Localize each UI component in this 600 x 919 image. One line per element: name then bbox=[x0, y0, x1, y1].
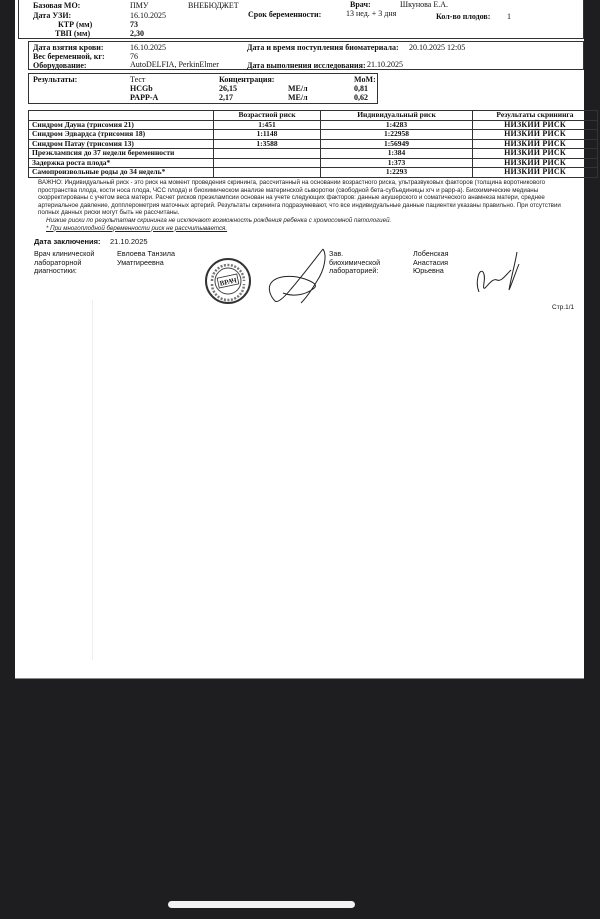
tvp-label: ТВП (мм) bbox=[55, 29, 90, 38]
risk-header-individual: Индивидуальный риск bbox=[321, 111, 473, 121]
test-unit: МЕ/л bbox=[288, 84, 308, 93]
test-name: HCGb bbox=[130, 84, 153, 93]
us-date-value: 16.10.2025 bbox=[130, 11, 166, 20]
home-indicator[interactable] bbox=[168, 901, 355, 908]
results-col-conc: Концентрация: bbox=[219, 75, 274, 84]
risk-table-header: Возрастной риск Индивидуальный риск Резу… bbox=[29, 111, 598, 121]
gestation-label: Срок беременности: bbox=[248, 10, 321, 19]
risk-name: Задержка роста плода* bbox=[29, 158, 214, 168]
risk-result: НИЗКИЙ РИСК bbox=[473, 139, 598, 149]
equipment-value: AutoDELFIA, PerkinElmer bbox=[130, 60, 219, 69]
test-conc: 2,17 bbox=[219, 93, 233, 102]
risk-individual: 1:373 bbox=[321, 158, 473, 168]
risk-result: НИЗКИЙ РИСК bbox=[473, 158, 598, 168]
results-col-test: Тест bbox=[130, 75, 145, 84]
risk-header-age: Возрастной риск bbox=[214, 111, 321, 121]
done-date-value: 21.10.2025 bbox=[367, 60, 403, 69]
important-note: ВАЖНО: Индивидуальный риск - это риск на… bbox=[38, 179, 583, 232]
head-signature-icon bbox=[471, 250, 523, 298]
results-box bbox=[28, 73, 378, 104]
table-row: Задержка роста плода* 1:373 НИЗКИЙ РИСК bbox=[29, 158, 598, 168]
risk-result: НИЗКИЙ РИСК bbox=[473, 120, 598, 130]
risk-result: НИЗКИЙ РИСК bbox=[473, 130, 598, 140]
risk-age: 1:451 bbox=[214, 120, 321, 130]
tvp-value: 2,30 bbox=[130, 29, 144, 38]
risk-individual: 1:384 bbox=[321, 149, 473, 159]
doctor-signature-icon bbox=[253, 245, 333, 307]
risk-name: Преэклампсия до 37 недели беременности bbox=[29, 149, 214, 159]
risk-name: Синдром Эдвардса (трисомия 18) bbox=[29, 130, 214, 140]
risk-individual: 1:4283 bbox=[321, 120, 473, 130]
ktr-label: КТР (мм) bbox=[58, 20, 92, 29]
table-row: Преэклампсия до 37 недели беременности 1… bbox=[29, 149, 598, 159]
doctor-stamp-icon: ВРАЧ bbox=[203, 256, 253, 306]
risk-age bbox=[214, 158, 321, 168]
done-date-label: Дата выполнения исследования: bbox=[247, 61, 366, 70]
risk-header-result: Результаты скрининга bbox=[473, 111, 598, 121]
head-name-line: Юрьевна bbox=[413, 267, 449, 276]
risk-header-empty bbox=[29, 111, 214, 121]
fetus-count-value: 1 bbox=[507, 12, 511, 21]
doctor-role: Врач клинической лабораторной диагностик… bbox=[34, 250, 94, 276]
blood-date-label: Дата взятия крови: bbox=[33, 43, 104, 52]
test-conc: 26,15 bbox=[219, 84, 237, 93]
doctor-value: Шкунова Е.А. bbox=[400, 0, 448, 9]
funding-value: ВНЕБЮДЖЕТ bbox=[188, 1, 239, 10]
table-row: Синдром Эдвардса (трисомия 18) 1:1148 1:… bbox=[29, 130, 598, 140]
risk-age bbox=[214, 168, 321, 178]
equipment-label: Оборудование: bbox=[33, 61, 87, 70]
conclusion-date-label: Дата заключения: bbox=[34, 237, 101, 246]
table-row: Синдром Патау (трисомия 13) 1:3588 1:569… bbox=[29, 139, 598, 149]
multiple-pregnancy-note: * При многоплодной беременности риск не … bbox=[38, 225, 227, 232]
risk-individual: 1:22958 bbox=[321, 130, 473, 140]
scan-artifact-line bbox=[92, 300, 93, 660]
risk-age bbox=[214, 149, 321, 159]
risk-age: 1:3588 bbox=[214, 139, 321, 149]
risk-name: Синдром Дауна (трисомия 21) bbox=[29, 120, 214, 130]
test-mom: 0,62 bbox=[354, 93, 368, 102]
important-text: ВАЖНО: Индивидуальный риск - это риск на… bbox=[38, 179, 561, 216]
received-value: 20.10.2025 12:05 bbox=[409, 43, 465, 52]
doctor-name-line: Уматгиреевна bbox=[117, 259, 175, 268]
table-row: Самопроизвольные роды до 34 недель* 1:22… bbox=[29, 168, 598, 178]
risk-table: Возрастной риск Индивидуальный риск Резу… bbox=[28, 110, 598, 178]
base-mo-value: ПМУ bbox=[130, 1, 149, 10]
risk-result: НИЗКИЙ РИСК bbox=[473, 168, 598, 178]
received-label: Дата и время поступления биоматериала: bbox=[247, 43, 399, 52]
head-role-line: лабораторией: bbox=[329, 267, 380, 276]
table-row: Синдром Дауна (трисомия 21) 1:451 1:4283… bbox=[29, 120, 598, 130]
risk-name: Синдром Патау (трисомия 13) bbox=[29, 139, 214, 149]
header-box bbox=[18, 0, 584, 39]
risk-result: НИЗКИЙ РИСК bbox=[473, 149, 598, 159]
risk-individual: 1:2293 bbox=[321, 168, 473, 178]
risk-individual: 1:56949 bbox=[321, 139, 473, 149]
doctor-role-line: диагностики: bbox=[34, 267, 94, 276]
weight-label: Вес беременной, кг: bbox=[33, 52, 105, 61]
document-page: Базовая МО: ПМУ ВНЕБЮДЖЕТ Врач: Шкунова … bbox=[15, 0, 584, 679]
fetus-count-label: Кол-во плодов: bbox=[436, 12, 490, 21]
risk-name: Самопроизвольные роды до 34 недель* bbox=[29, 168, 214, 178]
test-mom: 0,81 bbox=[354, 84, 368, 93]
results-label: Результаты: bbox=[33, 75, 77, 84]
us-date-label: Дата УЗИ: bbox=[33, 11, 71, 20]
conclusion-date-value: 21.10.2025 bbox=[110, 237, 148, 246]
test-unit: МЕ/л bbox=[288, 93, 308, 102]
page-number: Стр.1/1 bbox=[552, 304, 574, 311]
gestation-value: 13 нед. + 3 дня bbox=[346, 9, 396, 18]
blood-date-value: 16.10.2025 bbox=[130, 43, 166, 52]
ktr-value: 73 bbox=[130, 20, 138, 29]
head-name: Лобенская Анастасия Юрьевна bbox=[413, 250, 449, 276]
head-role: Зав. биохимической лабораторией: bbox=[329, 250, 380, 276]
doctor-label: Врач: bbox=[350, 0, 371, 9]
base-mo-label: Базовая МО: bbox=[33, 1, 80, 10]
test-name: PAPP-A bbox=[130, 93, 158, 102]
risk-age: 1:1148 bbox=[214, 130, 321, 140]
low-risk-note: Низкие риски по результатам скрининга не… bbox=[38, 217, 391, 224]
doctor-name: Евлоева Танзила Уматгиреевна bbox=[117, 250, 175, 267]
results-col-mom: MoM: bbox=[354, 75, 376, 84]
